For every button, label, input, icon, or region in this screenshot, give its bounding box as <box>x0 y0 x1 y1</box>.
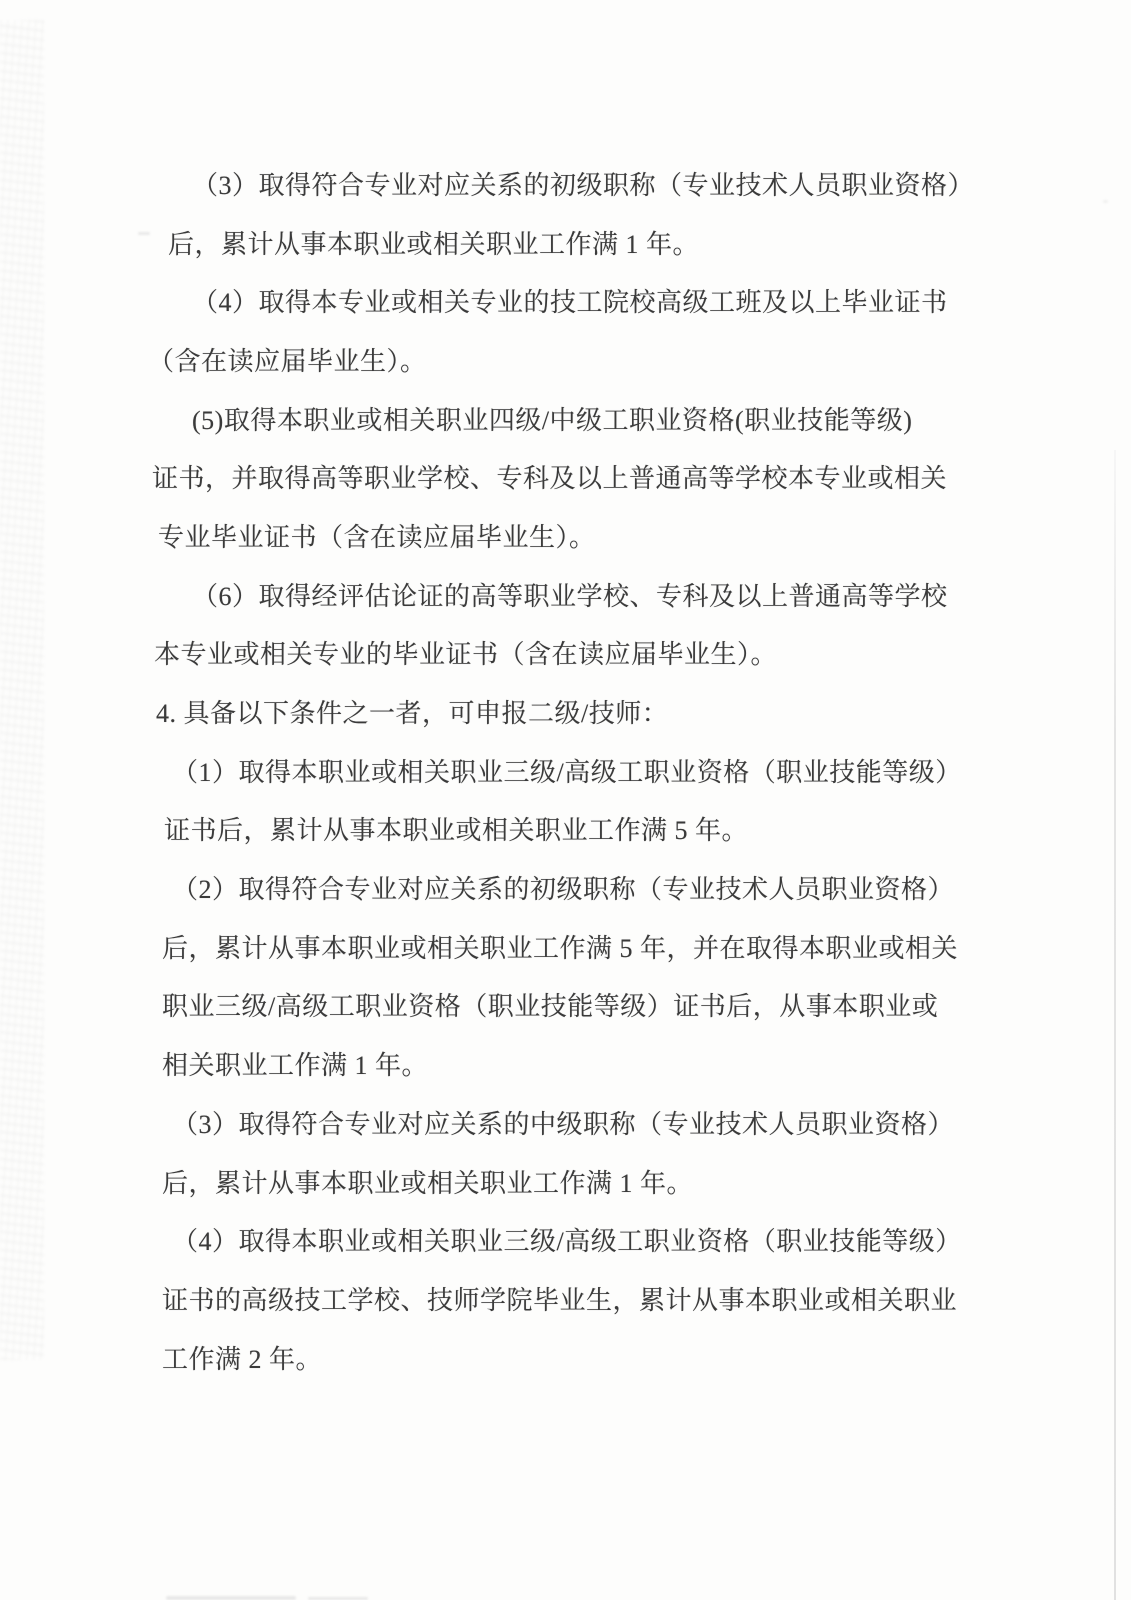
text-line-content: 专业毕业证书（含在读应届毕业生）。 <box>158 517 596 554</box>
text-line: 证书的高级技工学校、技师学院毕业生，累计从事本职业或相关职业 <box>162 1269 992 1328</box>
text-line: （4）取得本职业或相关职业三级/高级工职业资格（职业技能等级） <box>162 1210 992 1269</box>
text-line-content: 4. 具备以下条件之一者，可申报二级/技师： <box>156 693 668 730</box>
text-line: 后，累计从事本职业或相关职业工作满 1 年。 <box>162 1152 992 1211</box>
text-line-content: （4）取得本职业或相关职业三级/高级工职业资格（职业技能等级） <box>172 1221 962 1258</box>
text-line: 职业三级/高级工职业资格（职业技能等级）证书后，从事本职业或 <box>162 976 992 1035</box>
text-line: 专业毕业证书（含在读应届毕业生）。 <box>162 506 992 565</box>
text-line-content: （4）取得本专业或相关专业的技工院校高级工班及以上毕业证书 <box>192 282 948 319</box>
text-line: 4. 具备以下条件之一者，可申报二级/技师： <box>162 682 992 741</box>
text-line-content: 工作满 2 年。 <box>162 1339 322 1376</box>
text-line: （6）取得经评估论证的高等职业学校、专科及以上普通高等学校 <box>162 565 992 624</box>
text-line: （3）取得符合专业对应关系的初级职称（专业技术人员职业资格） <box>162 154 992 213</box>
text-line-content: (5)取得本职业或相关职业四级/中级工职业资格(职业技能等级) <box>192 400 912 437</box>
text-line-content: （1）取得本职业或相关职业三级/高级工职业资格（职业技能等级） <box>172 752 962 789</box>
text-line: （3）取得符合专业对应关系的中级职称（专业技术人员职业资格） <box>162 1093 992 1152</box>
scan-smudge <box>1103 200 1108 203</box>
scan-artifact-line <box>1114 450 1116 1600</box>
text-line: 本专业或相关专业的毕业证书（含在读应届毕业生）。 <box>162 624 992 683</box>
scanned-document-page: （3）取得符合专业对应关系的初级职称（专业技术人员职业资格）后，累计从事本职业或… <box>0 0 1131 1600</box>
text-line: （含在读应届毕业生）。 <box>162 330 992 389</box>
text-line-content: （3）取得符合专业对应关系的初级职称（专业技术人员职业资格） <box>192 165 974 202</box>
document-body: （3）取得符合专业对应关系的初级职称（专业技术人员职业资格）后，累计从事本职业或… <box>162 154 992 1386</box>
text-line-content: 后，累计从事本职业或相关职业工作满 5 年，并在取得本职业或相关 <box>162 928 958 965</box>
text-line-content: 相关职业工作满 1 年。 <box>162 1045 428 1082</box>
text-line-content: 证书，并取得高等职业学校、专科及以上普通高等学校本专业或相关 <box>152 458 947 495</box>
text-line-content: 本专业或相关专业的毕业证书（含在读应届毕业生）。 <box>154 634 777 671</box>
text-line: 证书后，累计从事本职业或相关职业工作满 5 年。 <box>162 800 992 859</box>
text-line: 后，累计从事本职业或相关职业工作满 5 年，并在取得本职业或相关 <box>162 917 992 976</box>
text-line: (5)取得本职业或相关职业四级/中级工职业资格(职业技能等级) <box>162 389 992 448</box>
scan-smudge <box>166 1596 296 1600</box>
text-line-content: （2）取得符合专业对应关系的初级职称（专业技术人员职业资格） <box>172 869 954 906</box>
text-line-content: 证书的高级技工学校、技师学院毕业生，累计从事本职业或相关职业 <box>162 1280 957 1317</box>
text-line: 工作满 2 年。 <box>162 1328 992 1387</box>
scan-edge-noise <box>0 20 44 1360</box>
text-line-content: （6）取得经评估论证的高等职业学校、专科及以上普通高等学校 <box>192 576 948 613</box>
text-line-content: （含在读应届毕业生）。 <box>148 341 427 378</box>
text-line: （4）取得本专业或相关专业的技工院校高级工班及以上毕业证书 <box>162 271 992 330</box>
text-line: （2）取得符合专业对应关系的初级职称（专业技术人员职业资格） <box>162 858 992 917</box>
text-line-content: 后，累计从事本职业或相关职业工作满 1 年。 <box>162 1163 693 1200</box>
text-line-content: 后，累计从事本职业或相关职业工作满 1 年。 <box>168 224 699 261</box>
text-line-content: 证书后，累计从事本职业或相关职业工作满 5 年。 <box>164 810 748 847</box>
scan-smudge <box>138 232 150 235</box>
text-line-content: （3）取得符合专业对应关系的中级职称（专业技术人员职业资格） <box>172 1104 954 1141</box>
text-line: （1）取得本职业或相关职业三级/高级工职业资格（职业技能等级） <box>162 741 992 800</box>
text-line: 后，累计从事本职业或相关职业工作满 1 年。 <box>162 213 992 272</box>
text-line: 证书，并取得高等职业学校、专科及以上普通高等学校本专业或相关 <box>162 447 992 506</box>
text-line-content: 职业三级/高级工职业资格（职业技能等级）证书后，从事本职业或 <box>162 986 938 1023</box>
text-line: 相关职业工作满 1 年。 <box>162 1034 992 1093</box>
